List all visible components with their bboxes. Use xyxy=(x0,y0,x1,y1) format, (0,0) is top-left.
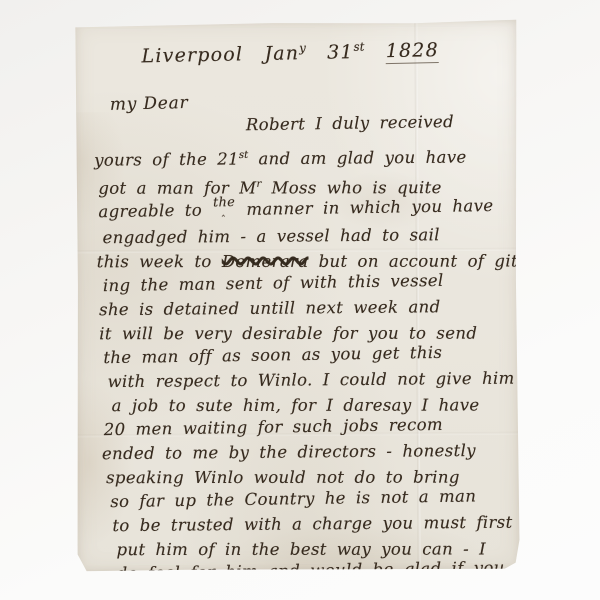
letter-text: agreable to xyxy=(98,200,212,221)
letter-text: 31 xyxy=(306,41,354,64)
letter-line: the man off as soon as you get this xyxy=(103,340,519,371)
letter-text: so far up the Country he is not a man xyxy=(110,486,476,511)
letter-text: the man off as soon as you get this xyxy=(103,343,442,367)
photo-scene: Liverpool Jany 31st 1828 my Dear Robert … xyxy=(0,0,600,600)
letter-salutation: my Dear xyxy=(110,93,189,115)
letter-text: Robert I duly received xyxy=(246,112,454,134)
letter-text: ing the man sent of with this vessel xyxy=(103,271,444,295)
letter-line: to be trusted with a charge you must fir… xyxy=(112,511,520,539)
letter-line: with respect to Winlo. I could not give … xyxy=(107,367,519,395)
letter-text: manner in which you have xyxy=(236,196,493,219)
letter-word-sup: st xyxy=(353,40,364,54)
letter-line: engadged him - a vessel had to sail xyxy=(103,223,519,251)
letter-text: do feel for him and would be glad if you xyxy=(117,558,505,583)
letter-line: so far up the Country he is not a man xyxy=(110,484,520,514)
letter-dateline: Liverpool Jany 31st 1828 xyxy=(141,38,439,67)
letter-text: with respect to Winlo. I could not give … xyxy=(107,369,514,392)
letter-text: ended to me by the directors - honestly xyxy=(102,441,476,463)
letter-line: yours of the 21st and am glad you have xyxy=(94,142,518,173)
letter-text: 20 men waiting for such jobs recom xyxy=(104,415,443,439)
letter-text: and am glad you have xyxy=(248,147,466,168)
letter-text: yours of the 21 xyxy=(94,149,239,169)
letter-body: Robert I duly receivedyours of the 21st … xyxy=(74,112,521,587)
letter-word-underline: 1828 xyxy=(386,39,440,64)
letter-text xyxy=(364,40,386,62)
letter-line: do feel for him and would be glad if you xyxy=(117,556,521,586)
letter-paper: Liverpool Jany 31st 1828 my Dear Robert … xyxy=(73,20,520,573)
letter-text: engadged him - a vessel had to sail xyxy=(103,225,440,247)
letter-line: ing the man sent of with this vessel xyxy=(103,268,519,299)
letter-line: she is detained untill next week and xyxy=(99,295,519,323)
letter-text: Moss who is quite xyxy=(261,178,441,197)
letter-word-insert: the xyxy=(213,191,235,215)
letter-text: speaking Winlo would not do to bring xyxy=(106,468,460,488)
letter-text: to be trusted with a charge you must fir… xyxy=(112,513,512,535)
letter-text: put him of in the best way you can - I xyxy=(117,539,487,559)
letter-line: agreable to the manner in which you have xyxy=(98,194,518,227)
letter-line: ended to me by the directors - honestly xyxy=(102,439,520,467)
letter-text: this week to xyxy=(97,252,222,271)
letter-word-scribble: Demerara xyxy=(222,252,309,271)
letter-line: Robert I duly received xyxy=(246,109,518,137)
letter-line: 20 men waiting for such jobs recom xyxy=(104,412,520,443)
letter-text: she is detained untill next week and xyxy=(99,297,441,319)
letter-text: Liverpool Jan xyxy=(141,42,299,67)
letter-word-sup: st xyxy=(239,150,248,161)
